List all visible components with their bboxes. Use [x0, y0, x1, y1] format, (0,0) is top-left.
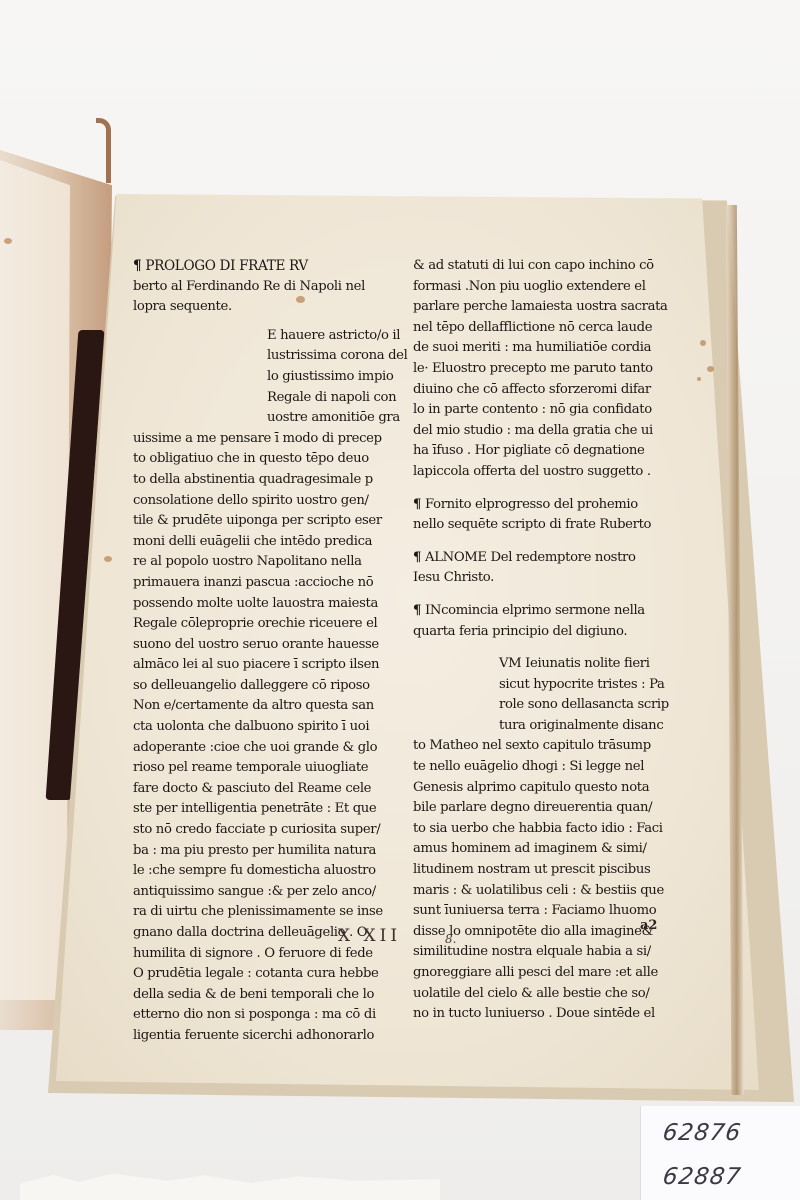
text-line: tile & prudēte uiponga per scripto eser — [133, 511, 395, 532]
text-line: no in tucto luniuerso . Doue sintēde el — [413, 1004, 675, 1025]
text-line: O prudētia legale : cotanta cura hebbe — [133, 964, 395, 985]
text-line: Regale cōleproprie orechie riceuere el — [133, 614, 395, 635]
text-line: lapiccola offerta del uostro suggetto . — [413, 462, 675, 483]
text-line: lo giustissimo impio — [133, 367, 395, 388]
text-line: nel tēpo dellafflictione nō cerca laude — [413, 318, 675, 339]
text-line: della sedia & de beni temporali che lo — [133, 985, 395, 1006]
text-line: consolatione dello spirito uostro gen/ — [133, 491, 395, 512]
text-line: etterno dio non si posponga : ma cō di — [133, 1005, 395, 1026]
text-line: suono del uostro seruo orante hauesse — [133, 635, 395, 656]
text-line: uolatile del cielo & alle bestie che so/ — [413, 984, 675, 1005]
text-line: re al popolo uostro Napolitano nella — [133, 552, 395, 573]
prologue-heading-line: berto al Ferdinando Re di Napoli nel — [133, 277, 395, 298]
text-line: te nello euāgelio dhogi : Si legge nel — [413, 757, 675, 778]
pilcrow-icon: ¶ — [413, 497, 421, 512]
text-line: Genesis alprimo capitulo questo nota — [413, 778, 675, 799]
foxing-stain — [707, 366, 714, 372]
text-line: del mio studio : ma della gratia che ui — [413, 421, 675, 442]
text-line: Regale di napoli con — [133, 388, 395, 409]
rubric-line: ¶INcomincia elprimo sermone nella — [413, 601, 675, 622]
text-line: ligentia feruente sicerchi adhonorarlo — [133, 1026, 395, 1047]
handwritten-mark: 8. — [445, 932, 456, 946]
text-line: adoperante :cioe che uoi grande & glo — [133, 738, 395, 759]
text-line: gnoreggiare alli pesci del mare :et alle — [413, 963, 675, 984]
text-line: lustrissima corona del — [133, 346, 395, 367]
text-line: cta uolonta che dalbuono spirito ī uoi — [133, 717, 395, 738]
text-line: sunt īuniuersa terra : Faciamo lhuomo — [413, 901, 675, 922]
text-line: moni delli euāgelii che intēdo predica — [133, 532, 395, 553]
text-line: antiquissimo sangue :& per zelo anco/ — [133, 882, 395, 903]
text-line: formasi .Non piu uoglio extendere el — [413, 277, 675, 298]
pilcrow-icon: ¶ — [133, 258, 141, 274]
text-line: ba : ma piu presto per humilita natura — [133, 841, 395, 862]
pilcrow-icon: ¶ — [413, 550, 421, 565]
rubric-line: nello sequēte scripto di frate Ruberto — [413, 515, 675, 536]
text-line: ha īfuso . Hor pigliate cō degnatione — [413, 441, 675, 462]
rubric-line: ¶Fornito elprogresso del prohemio — [413, 495, 675, 516]
text-line: humilita di signore . O feruore di fede — [133, 944, 395, 965]
pilcrow-icon: ¶ — [413, 603, 421, 618]
foxing-stain — [104, 556, 112, 562]
rubric-line: ¶ALNOME Del redemptore nostro — [413, 548, 675, 569]
text-line: sto nō credo facciate p curiosita super/ — [133, 820, 395, 841]
prologue-heading-line: ¶PROLOGO DI FRATE RV — [133, 256, 395, 277]
text-line: litudinem nostram ut prescit piscibus — [413, 860, 675, 881]
text-line: bile parlare degno direuerentia quan/ — [413, 798, 675, 819]
inventory-number: 62876 — [661, 1120, 743, 1146]
text-line: to sia uerbo che habbia facto idio : Fac… — [413, 819, 675, 840]
foxing-stain — [700, 340, 706, 346]
rubric-line: quarta feria principio del digiuno. — [413, 622, 675, 643]
text-line: ste per intelligentia penetrāte : Et que — [133, 799, 395, 820]
text-line: possendo molte uolte lauostra maiesta — [133, 594, 395, 615]
collection-label: 62876 62887 — [640, 1106, 800, 1200]
text-line: tura originalmente disanc — [413, 716, 675, 737]
text-line: rioso pel reame temporale uiuogliate — [133, 758, 395, 779]
text-line: de suoi meriti : ma humiliatiōe cordia — [413, 338, 675, 359]
text-line: to della abstinentia quadragesimale p — [133, 470, 395, 491]
text-line: uissime a me pensare ī modo di precep — [133, 429, 395, 450]
foxing-stain — [697, 377, 701, 381]
prologue-heading-line: lopra sequente. — [133, 297, 395, 318]
rubric-line: Iesu Christo. — [413, 568, 675, 589]
text-line: to Matheo nel sexto capitulo trāsump — [413, 736, 675, 757]
folio-signature: a2 — [640, 918, 657, 933]
text-line: fare docto & pasciuto del Reame cele — [133, 779, 395, 800]
previous-leaf — [0, 160, 70, 1000]
text-line: primauera inanzi pascua :accioche nō — [133, 573, 395, 594]
text-line: le· Eluostro precepto me paruto tanto — [413, 359, 675, 380]
text-line: E hauere astricto/o il — [133, 326, 395, 347]
text-line: role sono dellasancta scrip — [413, 695, 675, 716]
right-text-column: & ad statuti di lui con capo inchino cō … — [413, 256, 675, 1025]
text-line: to obligatiuo che in questo tēpo deuo — [133, 449, 395, 470]
text-line: amus hominem ad imaginem & simi/ — [413, 839, 675, 860]
text-line: Non e/certamente da altro questa san — [133, 696, 395, 717]
text-line: ra di uirtu che plenissimamente se inse — [133, 902, 395, 923]
text-line: & ad statuti di lui con capo inchino cō — [413, 256, 675, 277]
text-line: parlare perche lamaiesta uostra sacrata — [413, 297, 675, 318]
text-line: maris : & uolatilibus celi : & bestiis q… — [413, 881, 675, 902]
gathering-signature: X XII — [338, 926, 401, 946]
inventory-number: 62887 — [661, 1164, 743, 1190]
text-line: VM Ieiunatis nolite fieri — [413, 654, 675, 675]
text-line: uostre amonitiōe gra — [133, 408, 395, 429]
foxing-stain — [4, 238, 12, 244]
text-line: so delleuangelio dalleggere cō riposo — [133, 676, 395, 697]
binding-tie-string — [96, 118, 111, 183]
text-line: sicut hypocrite tristes : Pa — [413, 675, 675, 696]
text-line: le :che sempre fu domesticha aluostro — [133, 861, 395, 882]
text-line: diuino che cō affecto sforzeromi difar — [413, 380, 675, 401]
text-line: lo in parte contento : nō gia confidato — [413, 400, 675, 421]
text-line: almāco lei al suo piacere ī scripto ilse… — [133, 655, 395, 676]
